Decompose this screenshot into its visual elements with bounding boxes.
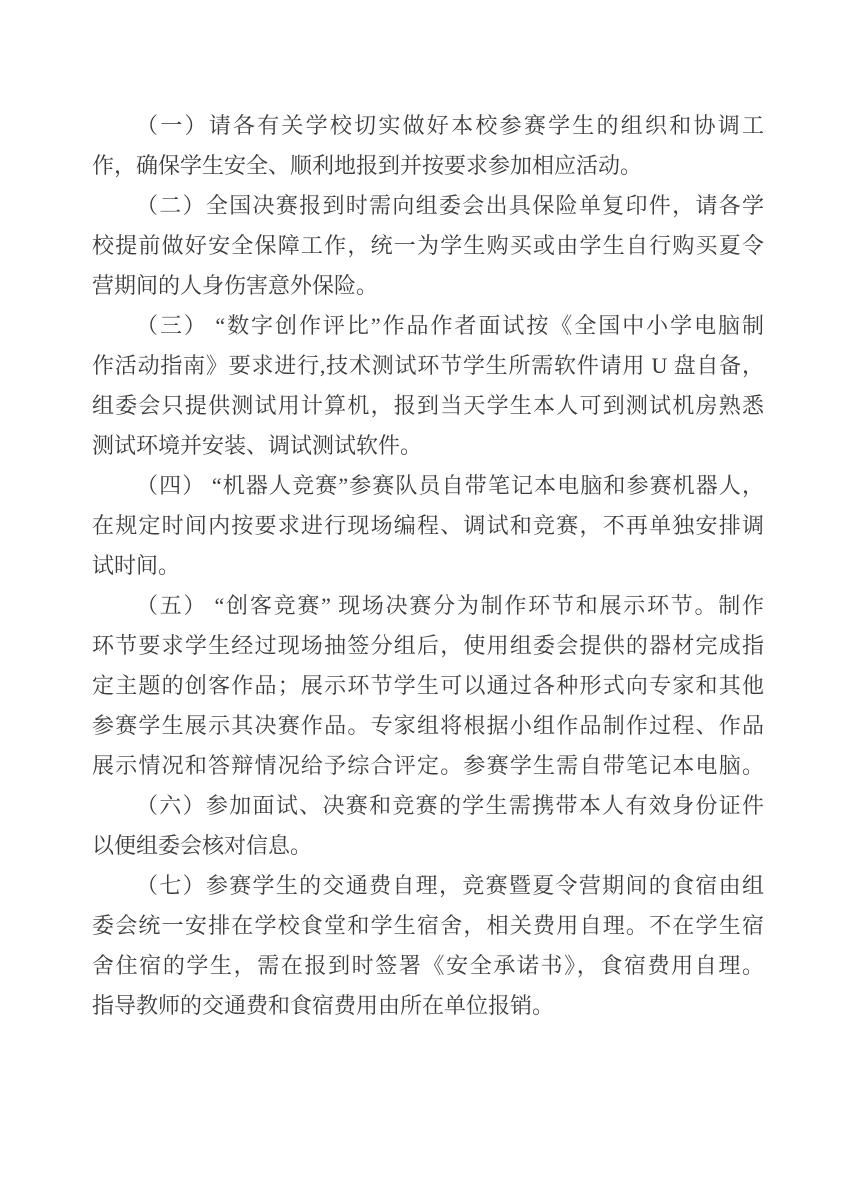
paragraph-7: （七）参赛学生的交通费自理，竞赛暨夏令营期间的食宿由组 委会统一安排在学校食堂和… [92,866,764,1026]
text-line: 委会统一安排在学校食堂和学生宿舍，相关费用自理。不在学生宿 [92,906,764,946]
text-line: 作，确保学生安全、顺利地报到并按要求参加相应活动。 [92,146,764,186]
text-line: （六）参加面试、决赛和竞赛的学生需携带本人有效身份证件 [92,786,764,826]
text-line: 指导教师的交通费和食宿费用由所在单位报销。 [92,986,764,1026]
text-line: （二）全国决赛报到时需向组委会出具保险单复印件，请各学 [92,186,764,226]
text-line: 参赛学生展示其决赛作品。专家组将根据小组作品制作过程、作品 [92,706,764,746]
text-line: 定主题的创客作品；展示环节学生可以通过各种形式向专家和其他 [92,666,764,706]
text-line: 作活动指南》要求进行,技术测试环节学生所需软件请用 U 盘自备， [92,346,764,386]
text-line: 测试环境并安装、调试测试软件。 [92,426,764,466]
paragraph-1: （一）请各有关学校切实做好本校参赛学生的组织和协调工 作，确保学生安全、顺利地报… [92,106,764,186]
paragraph-3: （三） “数字创作评比”作品作者面试按《全国中小学电脑制 作活动指南》要求进行,… [92,306,764,466]
text-line: （四） “机器人竞赛”参赛队员自带笔记本电脑和参赛机器人， [92,466,764,506]
text-line: （三） “数字创作评比”作品作者面试按《全国中小学电脑制 [92,306,764,346]
text-line: 舍住宿的学生，需在报到时签署《安全承诺书》，食宿费用自理。 [92,946,764,986]
text-line: 展示情况和答辩情况给予综合评定。参赛学生需自带笔记本电脑。 [92,746,764,786]
text-line: 营期间的人身伤害意外保险。 [92,266,764,306]
paragraph-6: （六）参加面试、决赛和竞赛的学生需携带本人有效身份证件 以便组委会核对信息。 [92,786,764,866]
text-line: 环节要求学生经过现场抽签分组后，使用组委会提供的器材完成指 [92,626,764,666]
text-line: 在规定时间内按要求进行现场编程、调试和竞赛，不再单独安排调 [92,506,764,546]
text-line: 组委会只提供测试用计算机，报到当天学生本人可到测试机房熟悉 [92,386,764,426]
text-line: （七）参赛学生的交通费自理，竞赛暨夏令营期间的食宿由组 [92,866,764,906]
document-body: （一）请各有关学校切实做好本校参赛学生的组织和协调工 作，确保学生安全、顺利地报… [92,106,764,1026]
text-line: （五） “创客竞赛” 现场决赛分为制作环节和展示环节。制作 [92,586,764,626]
document-page: （一）请各有关学校切实做好本校参赛学生的组织和协调工 作，确保学生安全、顺利地报… [0,0,850,1201]
paragraph-4: （四） “机器人竞赛”参赛队员自带笔记本电脑和参赛机器人， 在规定时间内按要求进… [92,466,764,586]
text-line: （一）请各有关学校切实做好本校参赛学生的组织和协调工 [92,106,764,146]
text-line: 试时间。 [92,546,764,586]
text-line: 以便组委会核对信息。 [92,826,764,866]
text-line: 校提前做好安全保障工作，统一为学生购买或由学生自行购买夏令 [92,226,764,266]
paragraph-5: （五） “创客竞赛” 现场决赛分为制作环节和展示环节。制作 环节要求学生经过现场… [92,586,764,786]
paragraph-2: （二）全国决赛报到时需向组委会出具保险单复印件，请各学 校提前做好安全保障工作，… [92,186,764,306]
